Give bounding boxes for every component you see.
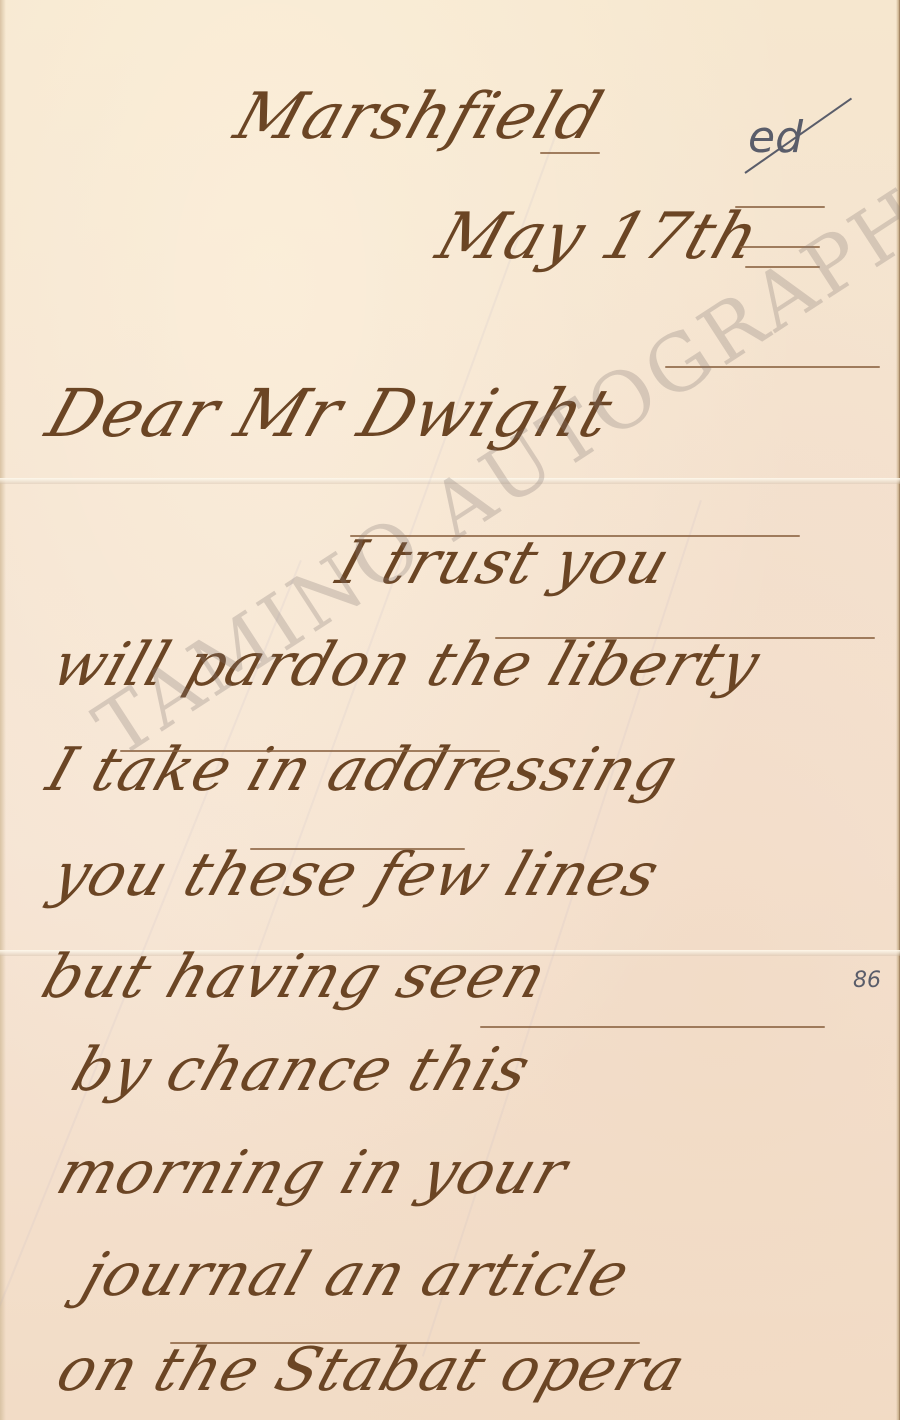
letter-line: morning in your [49, 1138, 577, 1208]
t-cross-stroke [350, 535, 800, 537]
paper-streak [422, 500, 702, 1357]
letter-line: will pardon the liberty [44, 630, 769, 700]
date-underline [735, 206, 825, 208]
paper-right-edge [896, 0, 900, 1420]
salutation-flourish [665, 366, 880, 368]
flourish-rule [540, 152, 600, 154]
date-underline [740, 246, 820, 248]
date-underline [745, 266, 820, 268]
margin-pencil-number: 86 [853, 968, 881, 993]
fold-line [0, 478, 900, 484]
letter-place: Marshfield [226, 80, 612, 154]
t-cross-stroke [170, 1342, 640, 1344]
letter-line: by chance this [64, 1035, 540, 1105]
letter-line: journal an article [74, 1240, 639, 1310]
letter-line: I take in addressing [39, 735, 687, 805]
letter-line: on the Stabat opera [49, 1335, 695, 1405]
t-cross-stroke [480, 1026, 825, 1028]
letter-line: I trust you [329, 528, 680, 598]
letter-line: you these few lines [44, 840, 669, 910]
t-cross-stroke [120, 750, 500, 752]
letter-date: May 17th [428, 200, 769, 274]
t-cross-stroke [495, 637, 875, 639]
letter-salutation: Dear Mr Dwight [37, 375, 622, 452]
t-cross-stroke [250, 848, 465, 850]
paper-left-edge [0, 0, 6, 1420]
letter-line: but having seen [34, 942, 556, 1012]
letter-page: Marshfield ed May 17th Dear Mr Dwight I … [0, 0, 900, 1420]
